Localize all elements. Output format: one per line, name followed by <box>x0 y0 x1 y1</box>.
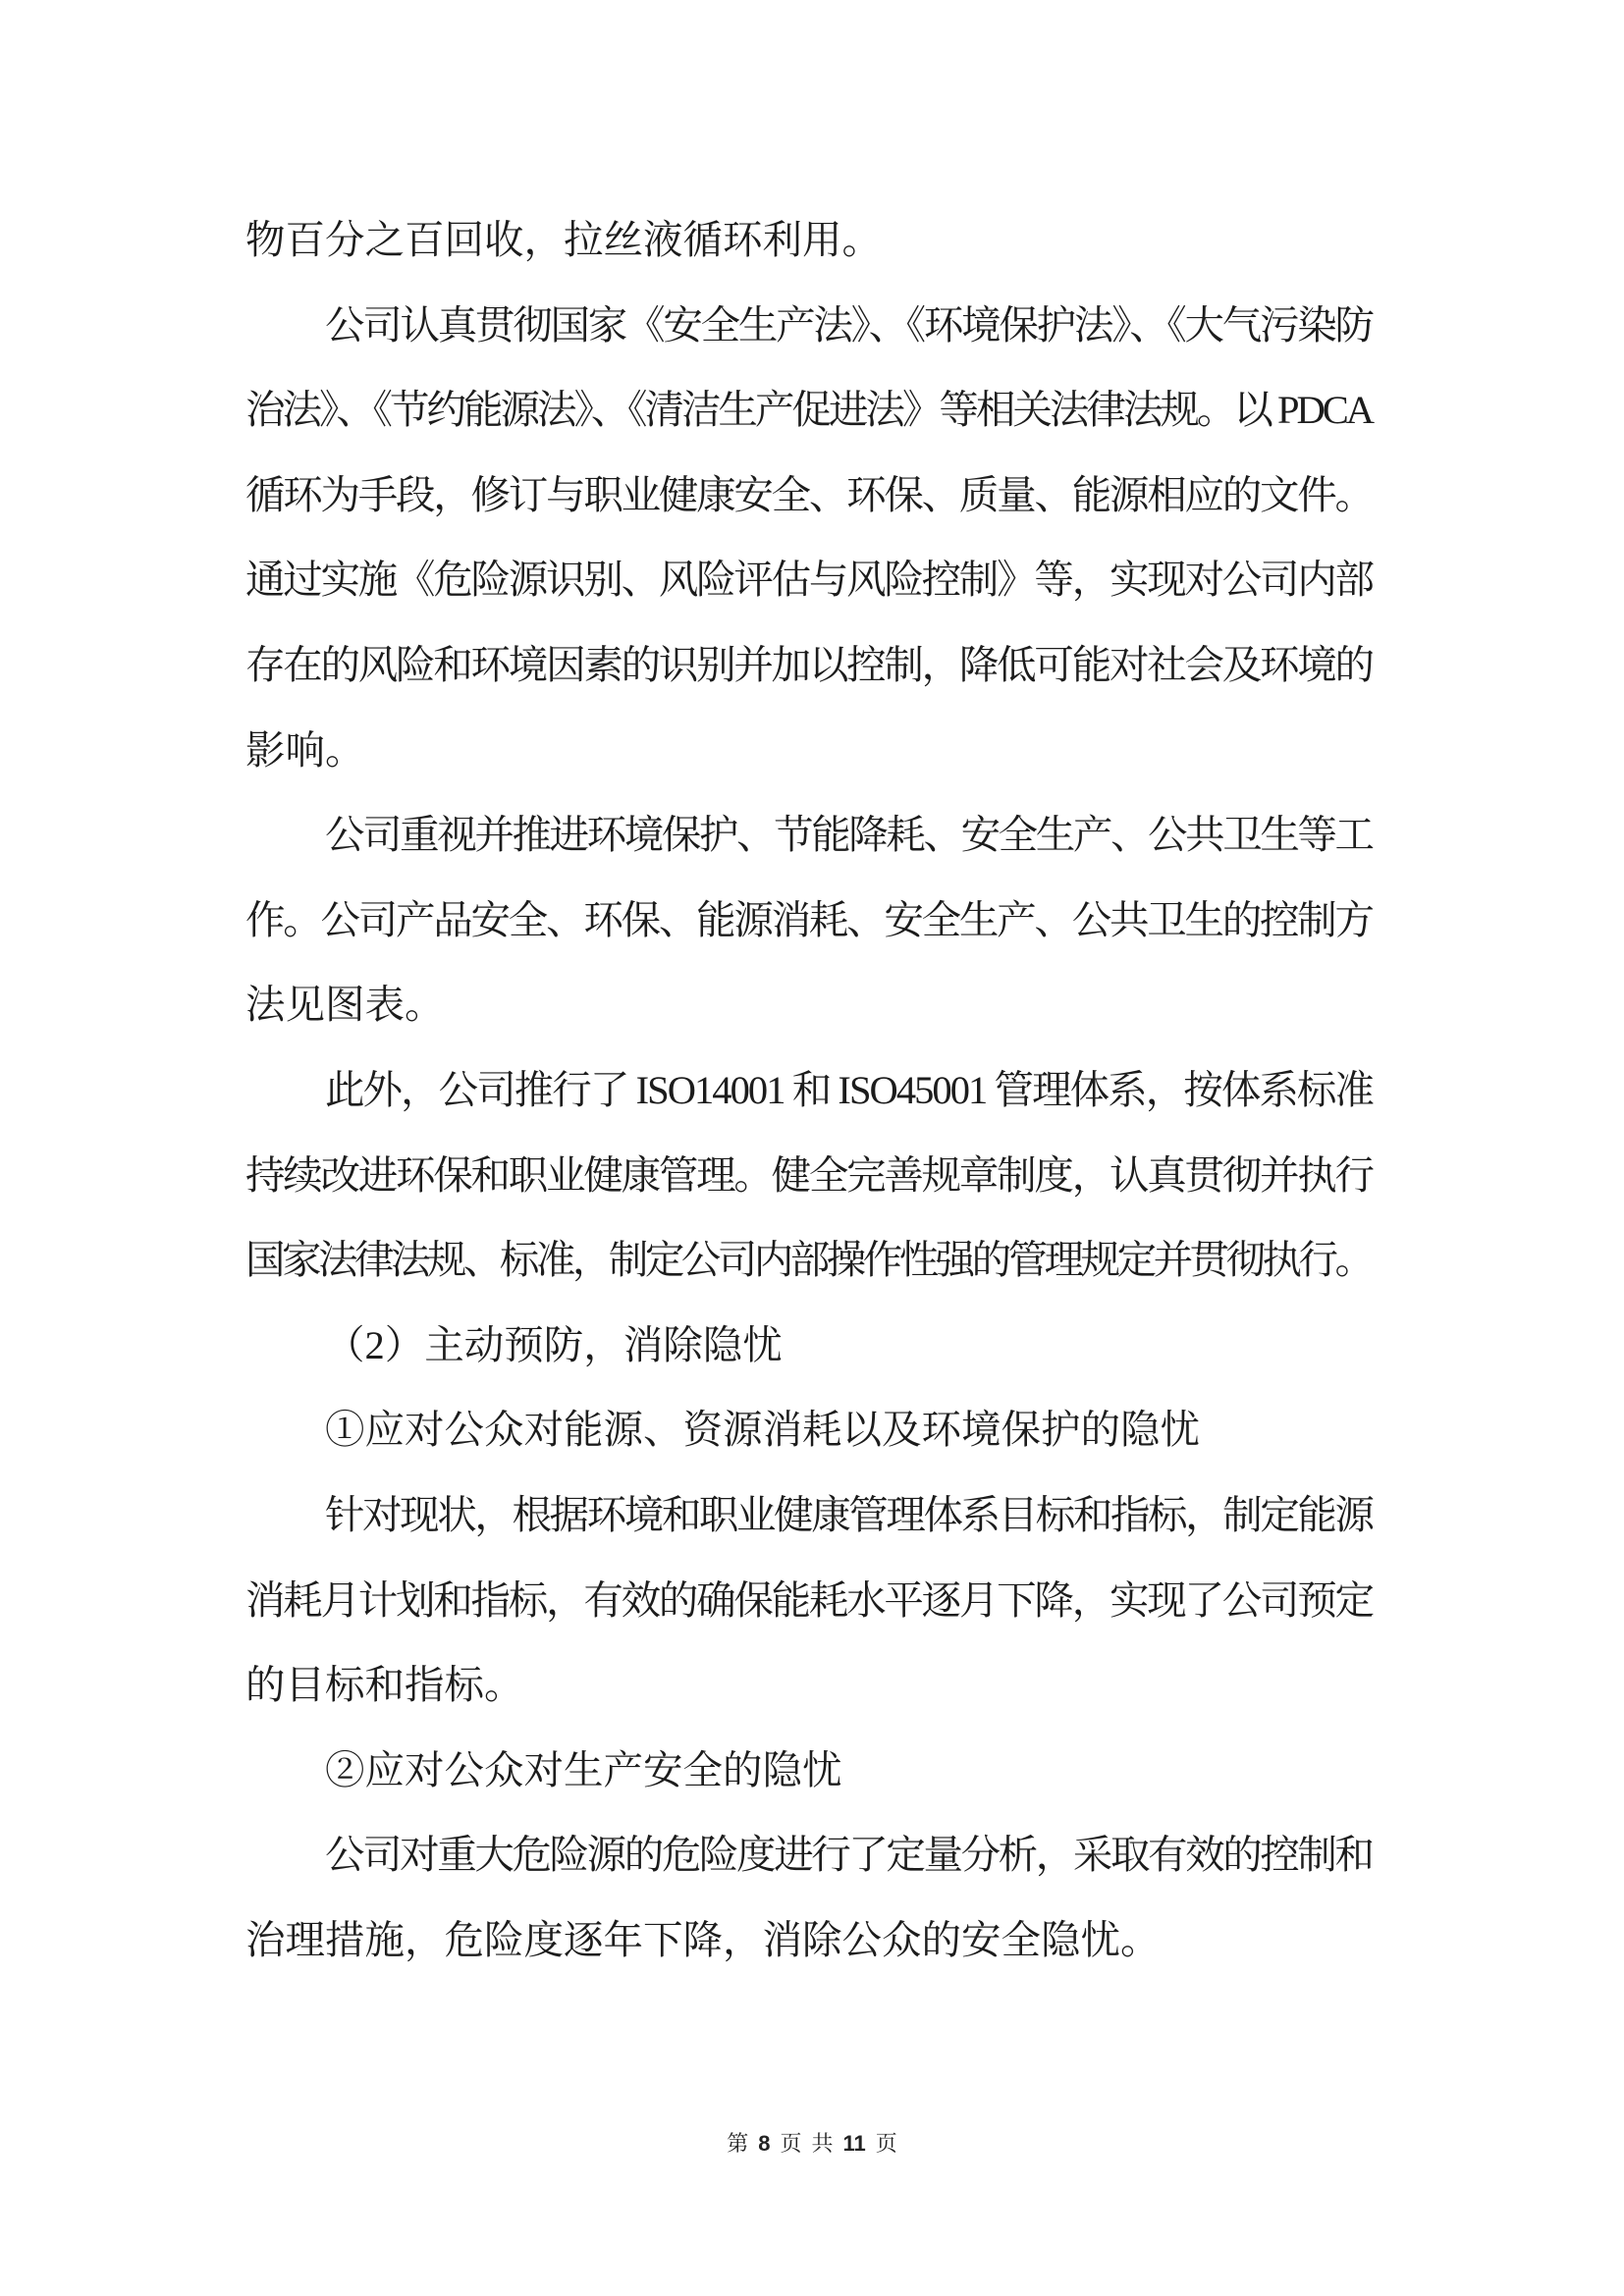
document-body: 物百分之百回收，拉丝液循环利用。公司认真贯彻国家《安全生产法》、《环境保护法》、… <box>245 198 1375 1983</box>
text-line-content: 此外，公司推行了 ISO14001 和 ISO45001 管理体系，按体系标准 <box>325 1048 1373 1134</box>
text-line: 循环为手段，修订与职业健康安全、环保、质量、能源相应的文件。 <box>245 454 1375 539</box>
text-line: 消耗月计划和指标，有效的确保能耗水平逐月下降，实现了公司预定 <box>245 1559 1375 1644</box>
text-line: 公司对重大危险源的危险度进行了定量分析，采取有效的控制和 <box>245 1813 1375 1898</box>
footer-current-page-number: 8 <box>758 2131 770 2156</box>
text-line-content: 通过实施《危险源识别、风险评估与风险控制》等，实现对公司内部 <box>245 538 1373 623</box>
footer-total-page-number: 11 <box>843 2131 866 2156</box>
text-line: 公司重视并推进环境保护、节能降耗、安全生产、公共卫生等工 <box>245 793 1375 879</box>
text-line: 通过实施《危险源识别、风险评估与风险控制》等，实现对公司内部 <box>245 538 1375 623</box>
footer-label-di: 第 <box>727 2131 748 2156</box>
text-line: 持续改进环保和职业健康管理。健全完善规章制度，认真贯彻并执行 <box>245 1134 1375 1219</box>
text-line: 公司认真贯彻国家《安全生产法》、《环境保护法》、《大气污染防 <box>245 284 1375 369</box>
text-line-content: ①应对公众对能源、资源消耗以及环境保护的隐忧 <box>325 1388 1200 1473</box>
text-line-content: 的目标和指标。 <box>245 1643 524 1729</box>
text-line-content: 影响。 <box>245 709 365 794</box>
text-line: 的目标和指标。 <box>245 1643 1375 1729</box>
text-line-content: 循环为手段，修订与职业健康安全、环保、质量、能源相应的文件。 <box>245 454 1373 539</box>
text-line-content: 治理措施，危险度逐年下降，消除公众的安全隐忧。 <box>245 1898 1161 1984</box>
text-line: 国家法律法规、标准，制定公司内部操作性强的管理规定并贯彻执行。 <box>245 1218 1375 1304</box>
footer-label-gong: 共 <box>811 2131 833 2156</box>
text-line: 治法》、《节约能源法》、《清洁生产促进法》等相关法律法规。以 PDCA <box>245 368 1375 454</box>
text-line: ②应对公众对生产安全的隐忧 <box>245 1729 1375 1814</box>
text-line-content: 持续改进环保和职业健康管理。健全完善规章制度，认真贯彻并执行 <box>245 1134 1373 1219</box>
text-line-content: 治法》、《节约能源法》、《清洁生产促进法》等相关法律法规。以 PDCA <box>245 368 1372 454</box>
text-line-content: ②应对公众对生产安全的隐忧 <box>325 1729 842 1814</box>
text-line-content: 物百分之百回收，拉丝液循环利用。 <box>245 198 882 284</box>
text-line-content: 法见图表。 <box>245 963 445 1048</box>
text-line-content: 公司认真贯彻国家《安全生产法》、《环境保护法》、《大气污染防 <box>325 284 1373 369</box>
footer-label-ye2: 页 <box>876 2131 897 2156</box>
footer-label-ye: 页 <box>780 2131 801 2156</box>
text-line-content: （2）主动预防，消除隐忧 <box>325 1304 783 1389</box>
text-line-content: 公司对重大危险源的危险度进行了定量分析，采取有效的控制和 <box>325 1813 1373 1898</box>
text-line: 针对现状，根据环境和职业健康管理体系目标和指标，制定能源 <box>245 1473 1375 1559</box>
text-line: 作。公司产品安全、环保、能源消耗、安全生产、公共卫生的控制方 <box>245 879 1375 964</box>
document-page: 物百分之百回收，拉丝液循环利用。公司认真贯彻国家《安全生产法》、《环境保护法》、… <box>0 0 1624 2296</box>
text-line-content: 公司重视并推进环境保护、节能降耗、安全生产、公共卫生等工 <box>325 793 1373 879</box>
text-line-content: 针对现状，根据环境和职业健康管理体系目标和指标，制定能源 <box>325 1473 1373 1559</box>
text-line: 物百分之百回收，拉丝液循环利用。 <box>245 198 1375 284</box>
text-line-content: 存在的风险和环境因素的识别并加以控制，降低可能对社会及环境的 <box>245 623 1373 709</box>
text-line-content: 作。公司产品安全、环保、能源消耗、安全生产、公共卫生的控制方 <box>245 879 1373 964</box>
text-line: 此外，公司推行了 ISO14001 和 ISO45001 管理体系，按体系标准 <box>245 1048 1375 1134</box>
text-line: 治理措施，危险度逐年下降，消除公众的安全隐忧。 <box>245 1898 1375 1984</box>
page-footer: 第8页共11页 <box>0 2128 1624 2160</box>
text-line: 存在的风险和环境因素的识别并加以控制，降低可能对社会及环境的 <box>245 623 1375 709</box>
text-line: ①应对公众对能源、资源消耗以及环境保护的隐忧 <box>245 1388 1375 1473</box>
text-line: 影响。 <box>245 709 1375 794</box>
text-line-content: 国家法律法规、标准，制定公司内部操作性强的管理规定并贯彻执行。 <box>245 1218 1371 1304</box>
text-line: 法见图表。 <box>245 963 1375 1048</box>
text-line: （2）主动预防，消除隐忧 <box>245 1304 1375 1389</box>
text-line-content: 消耗月计划和指标，有效的确保能耗水平逐月下降，实现了公司预定 <box>245 1559 1373 1644</box>
